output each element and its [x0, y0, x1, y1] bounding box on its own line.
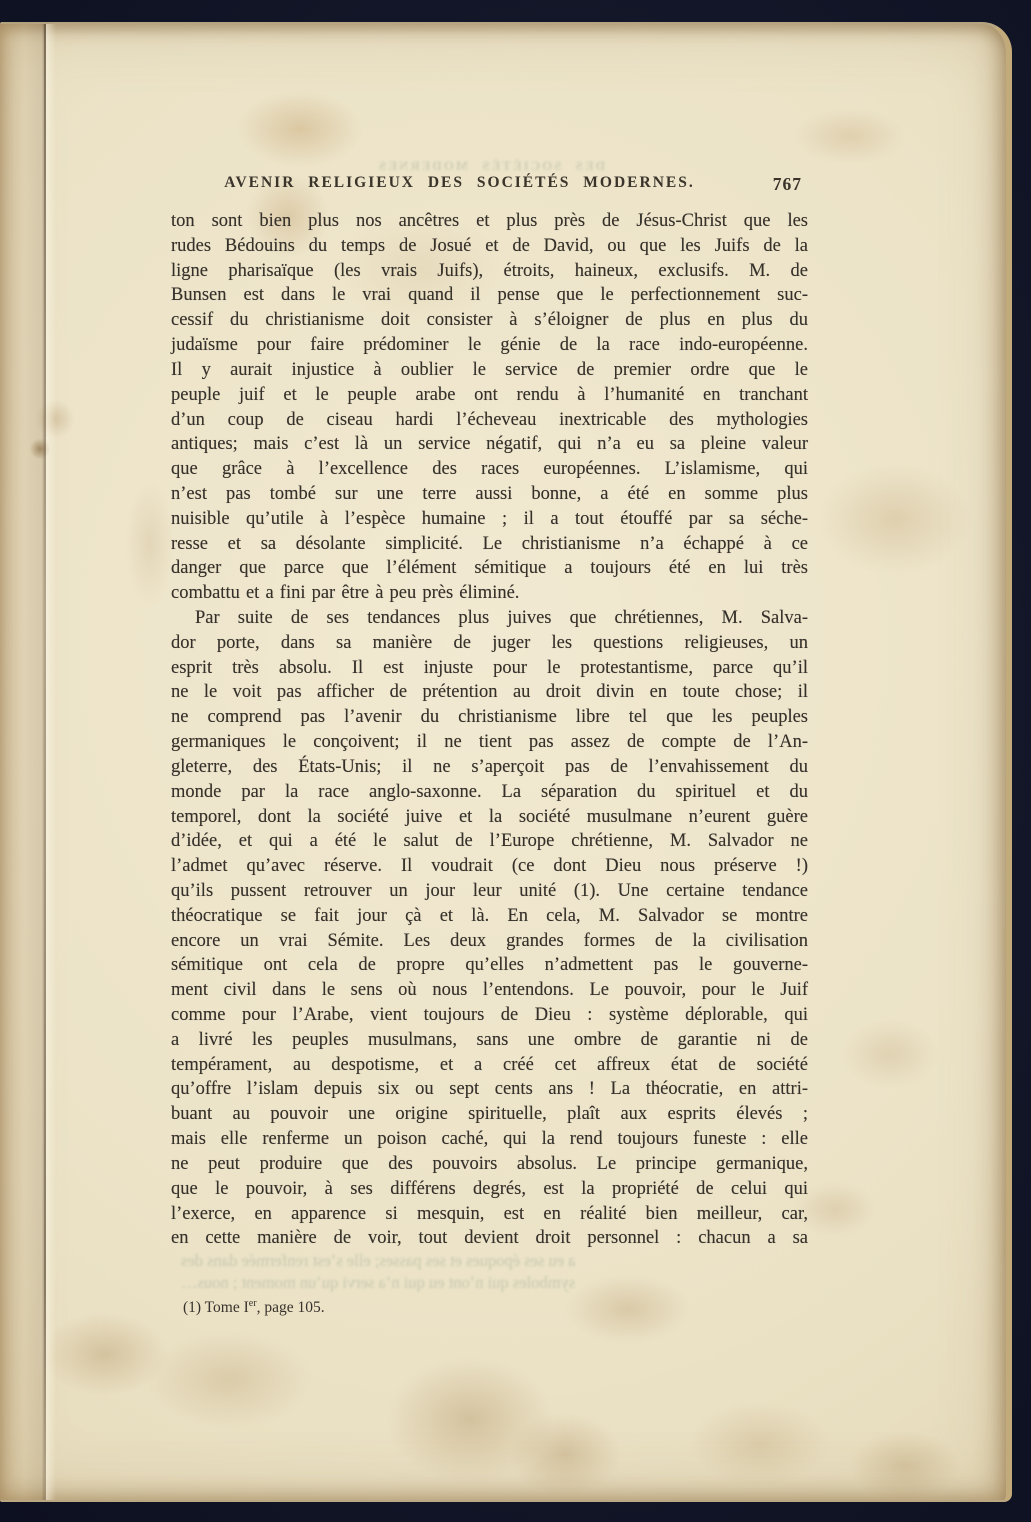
- text-line: buant au pouvoir une origine spirituelle…: [171, 1102, 808, 1127]
- text-line: ne peut produire que des pouvoirs absolu…: [171, 1152, 808, 1177]
- text-line: ne comprend pas l’avenir du christianism…: [171, 705, 808, 730]
- text-line: que grâce à l’excellence des races europ…: [171, 457, 808, 482]
- text-line: en cette manière de voir, tout devient d…: [171, 1226, 808, 1251]
- text-line: qu’ils pussent retrouver un jour leur un…: [171, 879, 808, 904]
- text-line: combattu et a fini par être à peu près é…: [171, 581, 808, 606]
- text-line: resse et sa désolante simplicité. Le chr…: [171, 532, 808, 557]
- text-line: mais elle renferme un poison caché, qui …: [171, 1127, 808, 1152]
- text-line: encore un vrai Sémite. Les deux grandes …: [171, 929, 808, 954]
- footnote-superscript: er: [249, 1298, 257, 1309]
- bleedthrough-line: a eu ses époques et ses passes; elle s’e…: [181, 1251, 838, 1271]
- footnote-text-pre: (1) Tome I: [183, 1299, 249, 1316]
- text-line: ton sont bien plus nos ancêtres et plus …: [171, 209, 808, 234]
- bleedthrough-line: symboles qui n’ont eu qui n’a servi qu’u…: [181, 1273, 838, 1293]
- running-header-title: AVENIR RELIGIEUX DES SOCIÉTÉS MODERNES.: [171, 174, 808, 192]
- text-line: gleterre, des États-Unis; il ne s’aperço…: [171, 755, 808, 780]
- text-line: comme pour l’Arabe, vient toujours de Di…: [171, 1003, 808, 1028]
- text-line: ment civil dans le sens où nous l’entend…: [171, 978, 808, 1003]
- text-line: Bunsen est dans le vrai quand il pense q…: [171, 283, 808, 308]
- text-line: cessif du christianisme doit consister à…: [171, 308, 808, 333]
- gutter-highlight: [46, 24, 56, 1500]
- text-line: dor porte, dans sa manière de juger les …: [171, 631, 808, 656]
- page-number: 767: [773, 174, 802, 195]
- text-line: d’un coup de ciseau hardi l’écheveau ine…: [171, 408, 808, 433]
- text-line: théocratique se fait jour çà et là. En c…: [171, 904, 808, 929]
- book-page: DES SOCIÉTÉS MODERNES AVENIR RELIGIEUX D…: [0, 22, 1012, 1502]
- text-line: qu’offre l’islam depuis six ou sept cent…: [171, 1077, 808, 1102]
- text-line: tempérament, au despotisme, et a créé ce…: [171, 1053, 808, 1078]
- text-line: nuisible qu’utile à l’espèce humaine ; i…: [171, 507, 808, 532]
- text-line: peuple juif et le peuple arabe ont rendu…: [171, 383, 808, 408]
- scan-background: DES SOCIÉTÉS MODERNES AVENIR RELIGIEUX D…: [0, 0, 1031, 1522]
- text-line: temporel, dont la société juive et la so…: [171, 805, 808, 830]
- text-line: ne le voit pas afficher de prétention au…: [171, 680, 808, 705]
- text-line: ligne pharisaïque (les vrais Juifs), étr…: [171, 259, 808, 284]
- running-header: DES SOCIÉTÉS MODERNES AVENIR RELIGIEUX D…: [171, 174, 808, 196]
- text-line: judaïsme pour faire prédominer le génie …: [171, 333, 808, 358]
- text-line: a livré les peuples musulmans, sans une …: [171, 1028, 808, 1053]
- text-line: l’exerce, en apparence si mesquin, est e…: [171, 1202, 808, 1227]
- text-line: l’admet qu’avec réserve. Il voudrait (ce…: [171, 854, 808, 879]
- paragraph-continuation: ton sont bien plus nos ancêtres et plus …: [171, 209, 808, 606]
- paragraph-second: Par suite de ses tendances plus juives q…: [171, 606, 808, 1251]
- page-gutter: [0, 24, 44, 1500]
- text-line: rudes Bédouins du temps de Josué et de D…: [171, 234, 808, 259]
- bleedthrough-zone: a eu ses époques et ses passes; elle s’e…: [171, 1251, 808, 1295]
- text-line: Par suite de ses tendances plus juives q…: [171, 606, 808, 631]
- text-line: danger que parce que l’élément sémitique…: [171, 556, 808, 581]
- text-line: esprit très absolu. Il est injuste pour …: [171, 656, 808, 681]
- text-line: Il y aurait injustice à oublier le servi…: [171, 358, 808, 383]
- text-line: antiques; mais c’est là un service négat…: [171, 432, 808, 457]
- footnote: (1) Tome Ier, page 105.: [171, 1299, 808, 1317]
- text-line: d’idée, et qui a été le salut de l’Europ…: [171, 829, 808, 854]
- bleedthrough-header-text: DES SOCIÉTÉS MODERNES: [321, 158, 661, 174]
- page-content: DES SOCIÉTÉS MODERNES AVENIR RELIGIEUX D…: [171, 174, 808, 1317]
- text-line: monde par la race anglo-saxonne. La sépa…: [171, 780, 808, 805]
- text-line: germaniques le conçoivent; il ne tient p…: [171, 730, 808, 755]
- footnote-text-post: , page 105.: [257, 1299, 325, 1316]
- text-line: n’est pas tombé sur une terre aussi bonn…: [171, 482, 808, 507]
- text-line: que le pouvoir, à ses différens degrés, …: [171, 1177, 808, 1202]
- text-line: sémitique ont cela de propre qu’elles n’…: [171, 953, 808, 978]
